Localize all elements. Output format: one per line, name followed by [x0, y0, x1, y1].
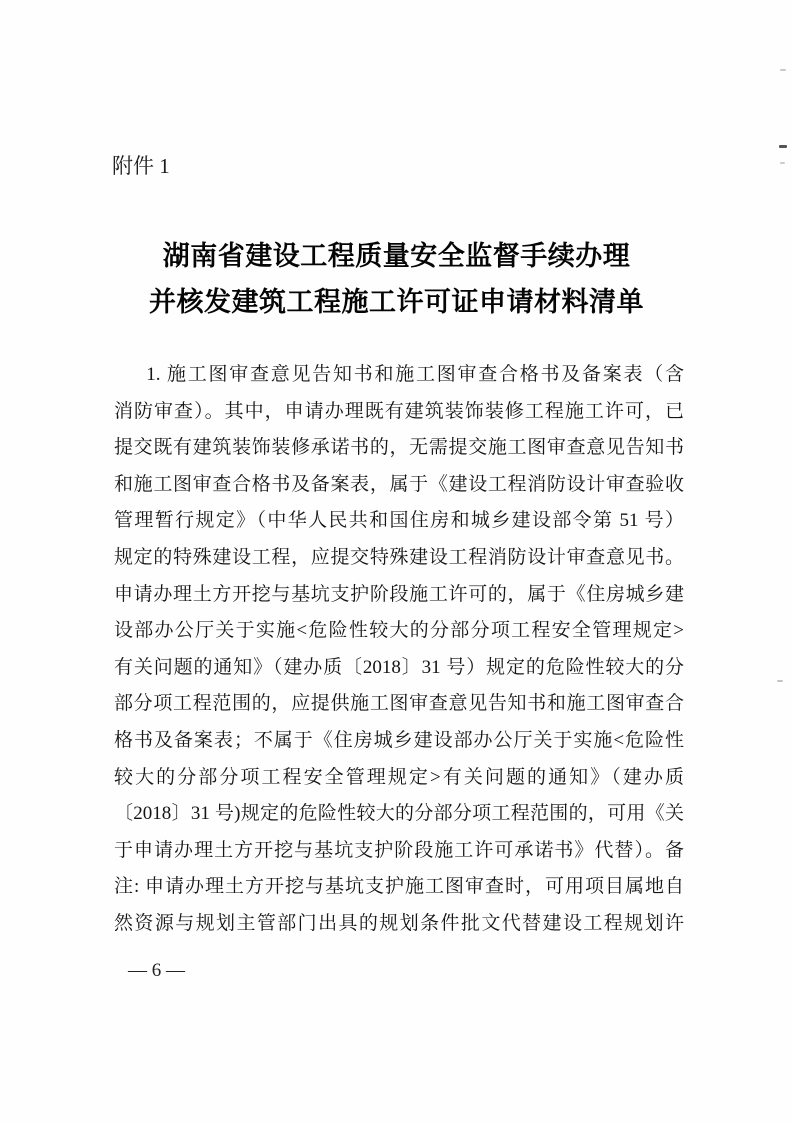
body-line: 较大的分部分项工程安全管理规定>有关问题的通知》（建办质 — [114, 760, 684, 797]
scan-speck — [777, 680, 783, 682]
document-title: 湖南省建设工程质量安全监督手续办理 并核发建筑工程施工许可证申请材料清单 — [0, 233, 793, 325]
body-line: 规定的特殊建设工程，应提交特殊建设工程消防设计审查意见书。 — [114, 540, 684, 577]
scan-speck — [780, 162, 785, 164]
page-number: — 6 — — [128, 959, 185, 983]
body-line: 于申请办理土方开挖与基坑支护阶段施工许可承诺书》代替）。备 — [114, 833, 684, 870]
body-line: 〔2018〕31 号)规定的危险性较大的分部分项工程范围的，可用《关 — [114, 796, 684, 833]
body-line: 格书及备案表；不属于《住房城乡建设部办公厅关于实施<危险性 — [114, 723, 684, 760]
body-line: 申请办理土方开挖与基坑支护阶段施工许可的，属于《住房城乡建 — [114, 577, 684, 614]
scan-speck — [780, 69, 786, 71]
body-line: 注: 申请办理土方开挖与基坑支护施工图审查时，可用项目属地自 — [114, 869, 684, 906]
body-line: 消防审查）。其中，申请办理既有建筑装饰装修工程施工许可，已 — [114, 394, 684, 431]
document-body-paragraph: 1. 施工图审查意见告知书和施工图审查合格书及备案表（含 消防审查）。其中，申请… — [114, 357, 684, 943]
body-line: 提交既有建筑装饰装修承诺书的，无需提交施工图审查意见告知书 — [114, 430, 684, 467]
document-page: 附件 1 湖南省建设工程质量安全监督手续办理 并核发建筑工程施工许可证申请材料清… — [0, 0, 793, 1122]
title-line-1: 湖南省建设工程质量安全监督手续办理 — [0, 233, 793, 279]
body-line: 设部办公厅关于实施<危险性较大的分部分项工程安全管理规定> — [114, 613, 684, 650]
scan-speck — [779, 145, 787, 148]
attachment-label: 附件 1 — [112, 153, 170, 179]
body-line: 1. 施工图审查意见告知书和施工图审查合格书及备案表（含 — [114, 357, 684, 394]
body-line: 和施工图审查合格书及备案表，属于《建设工程消防设计审查验收 — [114, 467, 684, 504]
body-line: 然资源与规划主管部门出具的规划条件批文代替建设工程规划许 — [114, 906, 684, 943]
body-line: 部分项工程范围的，应提供施工图审查意见告知书和施工图审查合 — [114, 686, 684, 723]
title-line-2: 并核发建筑工程施工许可证申请材料清单 — [0, 279, 793, 325]
body-line: 有关问题的通知》（建办质〔2018〕31 号）规定的危险性较大的分 — [114, 650, 684, 687]
body-line: 管理暂行规定》（中华人民共和国住房和城乡建设部令第 51 号） — [114, 503, 684, 540]
